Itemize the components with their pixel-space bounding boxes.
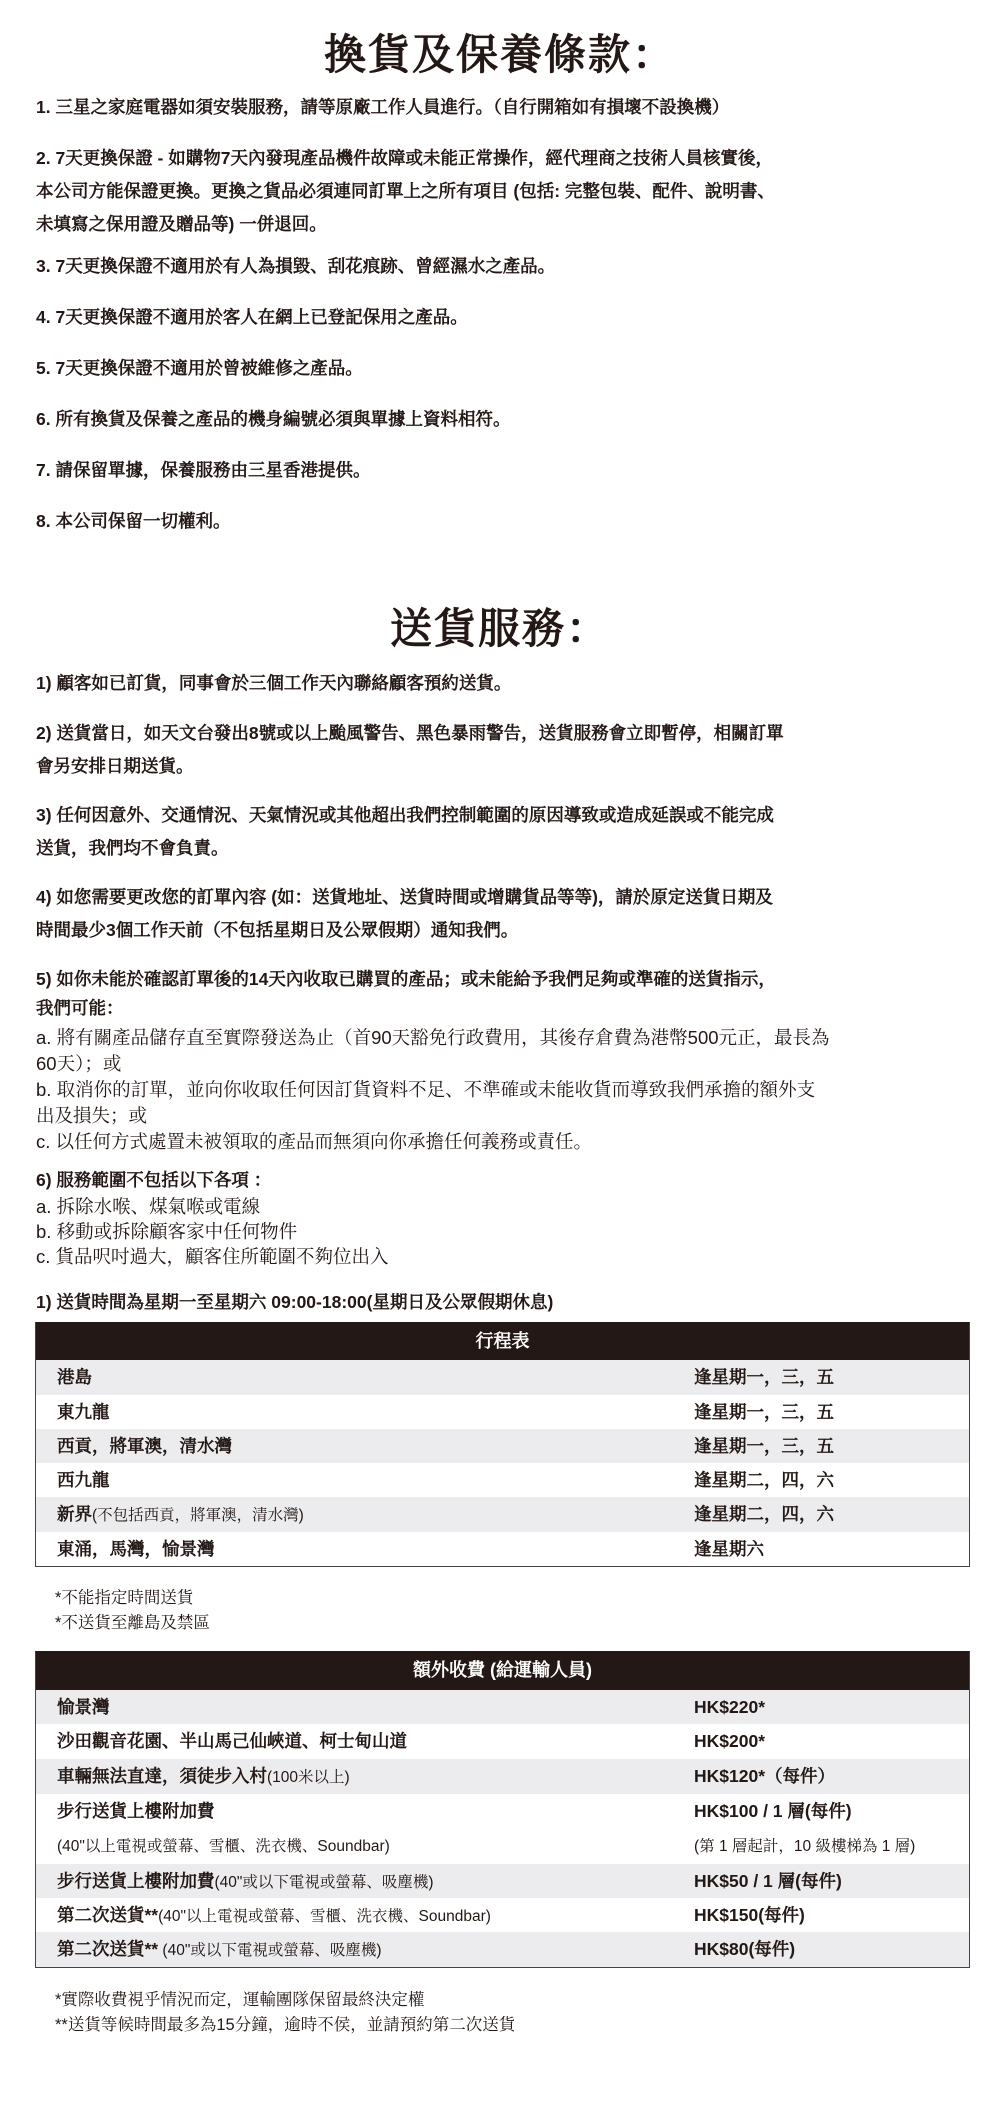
exchange-item-1: 1. 三星之家庭電器如須安裝服務，請等原廠工作人員進行。（自行開箱如有損壞不設換… (36, 96, 976, 119)
charge-row: 沙田觀音花園、半山馬己仙峽道、柯士甸山道 HK$200* (36, 1724, 969, 1759)
schedule-row: 東涌，馬灣，愉景灣 逢星期六 (36, 1532, 969, 1566)
exchange-item-5: 5. 7天更換保證不適用於曾被維修之產品。 (36, 357, 976, 380)
schedule-days: 逢星期二，四，六 (694, 1497, 834, 1532)
charge-item-note: (40"以上電視或螢幕、雪櫃、洗衣機、Soundbar) (57, 1829, 390, 1864)
schedule-row: 西貢，將軍澳，清水灣 逢星期一，三，五 (36, 1429, 969, 1463)
schedule-table: 行程表 港島 逢星期一，三，五 東九龍 逢星期一，三，五 西貢，將軍澳，清水灣 … (35, 1322, 970, 1567)
charge-item: 車輛無法直達，須徒步入村(100米以上) (57, 1759, 350, 1795)
delivery-item-5-option-a-line2: 60天）；或 (36, 1052, 976, 1076)
charge-item: 步行送貨上樓附加費 (57, 1794, 215, 1829)
delivery-item-2-line1: 2) 送貨當日，如天文台發出8號或以上颱風警告、黑色暴雨警告，送貨服務會立即暫停… (36, 722, 976, 745)
charge-row: 第二次送貨**(40"以上電視或螢幕、雪櫃、洗衣機、Soundbar) HK$1… (36, 1898, 969, 1932)
delivery-item-5-option-c: c. 以任何方式處置未被領取的產品而無須向你承擔任何義務或責任。 (36, 1130, 976, 1154)
delivery-item-5-line2: 我們可能： (36, 997, 976, 1020)
delivery-item-6: 6) 服務範圍不包括以下各項 ： (36, 1169, 976, 1192)
schedule-area: 港島 (57, 1360, 92, 1395)
charges-note-2: **送貨等候時間最多為15分鐘，逾時不侯，並請預約第二次送貨 (55, 2013, 515, 2038)
charge-price: HK$120*（每件） (694, 1759, 835, 1794)
schedule-row: 新界(不包括西貢，將軍澳，清水灣) 逢星期二，四，六 (36, 1497, 969, 1532)
delivery-item-5-option-b-line1: b. 取消你的訂單，並向你收取任何因訂貨資料不足、不準確或未能收貨而導致我們承擔… (36, 1078, 976, 1102)
schedule-area: 新界(不包括西貢，將軍澳，清水灣) (57, 1497, 304, 1533)
schedule-area: 東九龍 (57, 1395, 110, 1429)
extra-charges-table-title: 額外收費 (給運輸人員) (36, 1651, 969, 1690)
charge-item: 第二次送貨**(40"以上電視或螢幕、雪櫃、洗衣機、Soundbar) (57, 1898, 491, 1934)
exchange-item-8: 8. 本公司保留一切權利。 (36, 510, 976, 533)
charge-price: HK$200* (694, 1724, 765, 1759)
schedule-note-2: *不送貨至離島及禁區 (55, 1611, 210, 1636)
charge-price: HK$80(每件) (694, 1932, 795, 1967)
exchange-terms-title: 換貨及保養條款： (0, 22, 1000, 82)
charge-item: 沙田觀音花園、半山馬己仙峽道、柯士甸山道 (57, 1724, 407, 1759)
delivery-item-4-line1: 4) 如您需要更改您的訂單內容 (如：送貨地址、送貨時間或增購貨品等等)，請於原… (36, 886, 976, 909)
charge-row: 第二次送貨** (40"或以下電視或螢幕、吸塵機) HK$80(每件) (36, 1932, 969, 1967)
schedule-days: 逢星期一，三，五 (694, 1429, 834, 1463)
extra-charges-table: 額外收費 (給運輸人員) 愉景灣 HK$220* 沙田觀音花園、半山馬己仙峽道、… (35, 1651, 970, 1968)
delivery-item-6-option-b: b. 移動或拆除顧客家中任何物件 (36, 1220, 976, 1244)
delivery-item-5-option-b-line2: 出及損失；或 (36, 1104, 976, 1128)
schedule-row: 港島 逢星期一，三，五 (36, 1360, 969, 1395)
delivery-item-3-line1: 3) 任何因意外、交通情況、天氣情況或其他超出我們控制範圍的原因導致或造成延誤或… (36, 804, 976, 827)
schedule-table-title: 行程表 (36, 1322, 969, 1360)
delivery-item-5-line1: 5) 如你未能於確認訂單後的14天內收取已購買的產品；或未能給予我們足夠或準確的… (36, 968, 976, 991)
charge-item: 愉景灣 (57, 1690, 110, 1724)
charge-item: 第二次送貨** (40"或以下電視或螢幕、吸塵機) (57, 1932, 382, 1968)
charge-row: 步行送貨上樓附加費 HK$100 / 1 層(每件) (40"以上電視或螢幕、雪… (36, 1794, 969, 1864)
schedule-area: 西貢，將軍澳，清水灣 (57, 1429, 232, 1463)
charge-row: 車輛無法直達，須徒步入村(100米以上) HK$120*（每件） (36, 1759, 969, 1794)
charge-item-note: (40"或以下電視或螢幕、吸塵機) (215, 1874, 434, 1891)
charge-price: HK$100 / 1 層(每件) (694, 1794, 852, 1829)
schedule-row: 西九龍 逢星期二，四，六 (36, 1463, 969, 1497)
exchange-item-7: 7. 請保留單據，保養服務由三星香港提供。 (36, 459, 976, 482)
charge-price: HK$150(每件) (694, 1898, 805, 1932)
schedule-row: 東九龍 逢星期一，三，五 (36, 1395, 969, 1429)
charge-row: 愉景灣 HK$220* (36, 1690, 969, 1724)
exchange-item-4: 4. 7天更換保證不適用於客人在網上已登記保用之產品。 (36, 306, 976, 329)
delivery-item-4-line2: 時間最少3個工作天前（不包括星期日及公眾假期）通知我們。 (36, 919, 976, 942)
schedule-heading: 1) 送貨時間為星期一至星期六 09:00-18:00(星期日及公眾假期休息) (36, 1291, 976, 1314)
charges-note-1: *實際收費視乎情況而定，運輸團隊保留最終決定權 (55, 1988, 424, 2013)
delivery-item-3-line2: 送貨，我們均不會負責。 (36, 837, 976, 860)
schedule-area-note: (不包括西貢，將軍澳，清水灣) (92, 1507, 304, 1524)
charge-item-note: (40"以上電視或螢幕、雪櫃、洗衣機、Soundbar) (158, 1908, 491, 1925)
exchange-item-6: 6. 所有換貨及保養之產品的機身編號必須與單據上資料相符。 (36, 408, 976, 431)
delivery-item-6-option-c: c. 貨品呎吋過大，顧客住所範圍不夠位出入 (36, 1245, 976, 1269)
charge-price: HK$50 / 1 層(每件) (694, 1864, 842, 1898)
charge-price: HK$220* (694, 1690, 765, 1724)
charge-item-note: (40"或以下電視或螢幕、吸塵機) (158, 1942, 381, 1959)
charge-price-note: (第 1 層起計，10 級樓梯為 1 層) (694, 1829, 915, 1864)
charge-row: 步行送貨上樓附加費(40"或以下電視或螢幕、吸塵機) HK$50 / 1 層(每… (36, 1864, 969, 1898)
exchange-item-3: 3. 7天更換保證不適用於有人為損毀、刮花痕跡、曾經濕水之產品。 (36, 255, 976, 278)
schedule-days: 逢星期一，三，五 (694, 1395, 834, 1429)
schedule-area: 東涌，馬灣，愉景灣 (57, 1532, 215, 1566)
exchange-item-2-line1: 2. 7天更換保證 - 如購物7天內發現產品機件故障或未能正常操作，經代理商之技… (36, 147, 976, 170)
delivery-item-5-option-a-line1: a. 將有關產品儲存直至實際發送為止（首90天豁免行政費用，其後存倉費為港幣50… (36, 1026, 976, 1050)
exchange-item-2-line3: 未填寫之保用證及贈品等) 一併退回。 (36, 213, 976, 236)
delivery-item-6-option-a: a. 拆除水喉、煤氣喉或電線 (36, 1195, 976, 1219)
schedule-area: 西九龍 (57, 1463, 110, 1497)
delivery-item-2-line2: 會另安排日期送貨。 (36, 755, 976, 778)
charge-item: 步行送貨上樓附加費(40"或以下電視或螢幕、吸塵機) (57, 1864, 434, 1900)
schedule-note-1: *不能指定時間送貨 (55, 1586, 193, 1611)
delivery-service-title: 送貨服務： (0, 596, 1000, 656)
schedule-days: 逢星期六 (694, 1532, 764, 1566)
schedule-days: 逢星期二，四，六 (694, 1463, 834, 1497)
charge-item-note: (100米以上) (267, 1769, 350, 1786)
exchange-item-2-line2: 本公司方能保證更換。更換之貨品必須連同訂單上之所有項目 (包括: 完整包裝、配件… (36, 180, 976, 203)
delivery-item-1: 1) 顧客如已訂貨，同事會於三個工作天內聯絡顧客預約送貨。 (36, 672, 976, 695)
schedule-days: 逢星期一，三，五 (694, 1360, 834, 1395)
